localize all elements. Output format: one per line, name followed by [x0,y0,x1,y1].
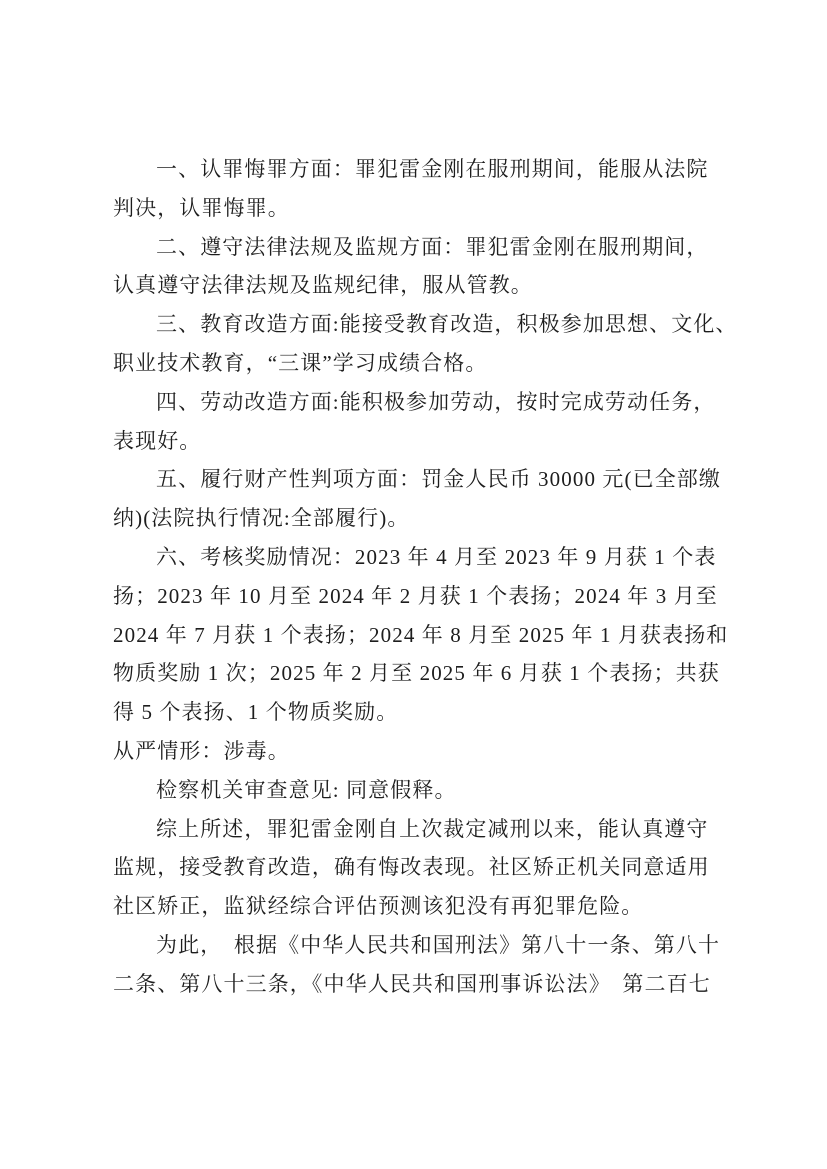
text-line: 判决，认罪悔罪。 [113,189,738,228]
text-line: 从严情形：涉毒。 [113,732,738,771]
text-line: 表现好。 [113,422,738,461]
text-line: 2024 年 7 月获 1 个表扬；2024 年 8 月至 2025 年 1 月… [113,616,738,655]
text-line: 二、遵守法律法规及监规方面：罪犯雷金刚在服刑期间， [113,228,738,267]
text-line: 为此， 根据《中华人民共和国刑法》第八十一条、第八十 [113,926,738,965]
text-line: 认真遵守法律法规及监规纪律，服从管教。 [113,266,738,305]
text-line: 纳)(法院执行情况:全部履行)。 [113,499,738,538]
text-line: 五、履行财产性判项方面：罚金人民币 30000 元(已全部缴 [113,460,738,499]
text-line: 物质奖励 1 次；2025 年 2 月至 2025 年 6 月获 1 个表扬；共… [113,654,738,693]
text-line: 社区矫正，监狱经综合评估预测该犯没有再犯罪危险。 [113,887,738,926]
text-line: 六、考核奖励情况：2023 年 4 月至 2023 年 9 月获 1 个表 [113,538,738,577]
text-line: 得 5 个表扬、1 个物质奖励。 [113,693,738,732]
document-body: 一、认罪悔罪方面：罪犯雷金刚在服刑期间，能服从法院 判决，认罪悔罪。 二、遵守法… [113,150,738,1004]
text-line: 检察机关审查意见: 同意假释。 [113,771,738,810]
text-line: 二条、第八十三条，《中华人民共和国刑事诉讼法》 第二百七 [113,965,738,1004]
document-page: 一、认罪悔罪方面：罪犯雷金刚在服刑期间，能服从法院 判决，认罪悔罪。 二、遵守法… [0,0,827,1169]
text-line: 职业技术教育，“三课”学习成绩合格。 [113,344,738,383]
text-line: 四、劳动改造方面:能积极参加劳动，按时完成劳动任务， [113,383,738,422]
text-line: 扬；2023 年 10 月至 2024 年 2 月获 1 个表扬；2024 年 … [113,577,738,616]
text-line: 一、认罪悔罪方面：罪犯雷金刚在服刑期间，能服从法院 [113,150,738,189]
text-line: 综上所述，罪犯雷金刚自上次裁定减刑以来，能认真遵守 [113,810,738,849]
text-line: 三、教育改造方面:能接受教育改造，积极参加思想、文化、 [113,305,738,344]
text-line: 监规，接受教育改造，确有悔改表现。社区矫正机关同意适用 [113,848,738,887]
